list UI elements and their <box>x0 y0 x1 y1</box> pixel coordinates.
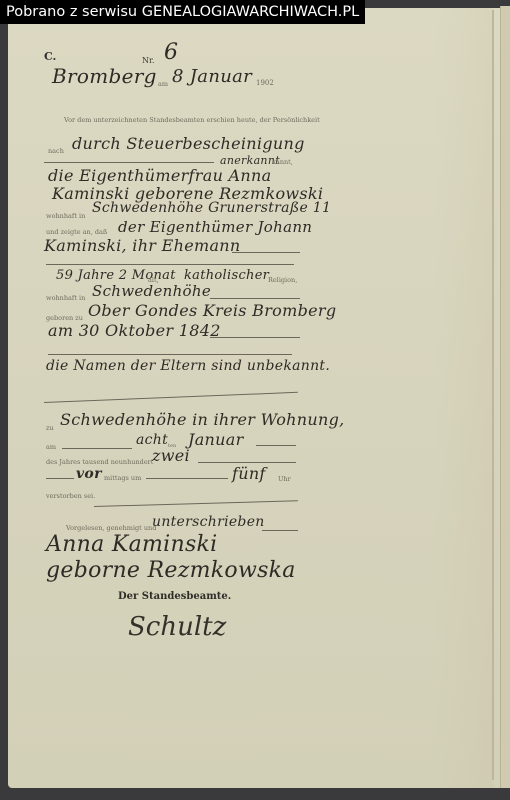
form-line <box>46 478 74 479</box>
signed-word: unterschrieben <box>152 514 265 530</box>
death-month: Januar <box>188 430 244 449</box>
form-divider <box>46 264 294 265</box>
form-divider <box>48 354 292 355</box>
form-line <box>62 448 132 449</box>
birth-place: Ober Gondes Kreis Bromberg <box>88 301 336 320</box>
deceased-religion: katholischer <box>184 268 269 283</box>
form-line <box>210 337 300 338</box>
date-prefix: am <box>158 80 168 88</box>
page-fold <box>492 10 494 780</box>
identity-prefix-label: nach <box>48 147 64 155</box>
death-year-label: des Jahres tausend neunhundert <box>46 458 153 466</box>
record-place: Bromberg <box>52 64 157 88</box>
time-suffix: Uhr <box>278 475 291 483</box>
form-line <box>262 530 298 531</box>
register-letter: C. <box>44 50 56 63</box>
death-place: Schwedenhöhe in ihrer Wohnung, <box>60 410 345 429</box>
informant-line1: die Eigenthümerfrau Anna <box>48 166 271 185</box>
religion-label: Religion, <box>268 276 297 284</box>
informant-residence: Schwedenhöhe Grunerstraße 11 <box>92 200 331 216</box>
birth-date: am 30 Oktober 1842 <box>48 321 221 340</box>
form-line <box>232 252 300 253</box>
form-line <box>198 462 296 463</box>
registrar-title: Der Standesbeamte. <box>118 591 231 602</box>
deceased-residence: Schwedenhöhe <box>92 282 211 300</box>
identity-method: durch Steuerbescheinigung <box>72 134 305 153</box>
death-day-label: am <box>46 443 56 451</box>
death-place-label: zu <box>46 424 54 432</box>
form-line <box>256 445 296 446</box>
known-suffix: kannt, <box>272 158 293 166</box>
source-watermark: Pobrano z serwisu GENEALOGIAWARCHIWACH.P… <box>0 0 365 24</box>
adjacent-page-edge <box>500 6 510 788</box>
deceased-residence-label: wohnhaft in <box>46 294 85 302</box>
informant-signature-line1: Anna Kaminski <box>46 532 218 557</box>
deceased-line1: der Eigenthümer Johann <box>118 218 312 236</box>
form-intro: Vor dem unterzeichneten Standesbeamten e… <box>64 116 320 124</box>
registrar-signature: Schultz <box>128 612 226 642</box>
deceased-line2: Kaminski, ihr Ehemann <box>44 236 241 255</box>
informant-signature-line2: geborne Rezmkowska <box>46 558 296 583</box>
time-label: mittags um <box>104 474 141 482</box>
form-line <box>44 162 214 163</box>
document-page <box>8 8 500 788</box>
death-year: zwei <box>152 446 190 465</box>
parents-line: die Namen der Eltern sind unbekannt. <box>46 358 330 374</box>
time-part: vor <box>76 466 102 482</box>
time-hour: fünf <box>232 464 266 483</box>
form-line <box>210 298 300 299</box>
died-label: verstorben sei. <box>46 492 95 500</box>
record-date: 8 Januar <box>172 66 252 87</box>
record-year: 1902 <box>256 79 274 87</box>
form-line <box>146 478 228 479</box>
residence-label: wohnhaft in <box>46 212 85 220</box>
read-label: Vorgelesen, genehmigt und <box>66 524 156 532</box>
record-number: 6 <box>164 40 178 65</box>
reported-label: und zeigte an, daß <box>46 228 107 236</box>
page-gutter-shadow <box>434 8 494 788</box>
